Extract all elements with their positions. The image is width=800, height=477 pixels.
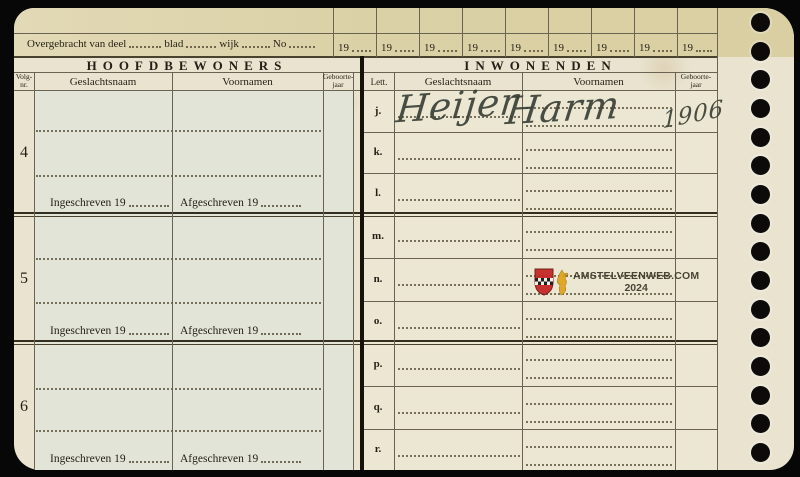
dotted-leader (129, 330, 169, 335)
header-volgnr: Volg- nr. (14, 73, 34, 89)
year-cell-label: 19 (553, 42, 564, 54)
letter-label: j. (366, 105, 390, 117)
section-title-inwonenden: INWONENDEN (364, 58, 717, 74)
section-title-hoofdbewoners: HOOFDBEWONERS (14, 58, 360, 74)
dotted-rule (526, 208, 672, 210)
transfer-label-deel: Overgebracht van deel (27, 38, 126, 50)
dotted-rule (36, 175, 321, 177)
grid-line (364, 173, 717, 174)
dotted-leader (481, 47, 500, 52)
letter-label: l. (366, 187, 390, 199)
ingeschreven-text: Ingeschreven 19 (50, 453, 126, 465)
dotted-leader (129, 458, 169, 463)
dotted-leader (567, 47, 586, 52)
watermark: AMSTELVEENWEB.COM 2024 (534, 268, 699, 296)
ingeschreven-text: Ingeschreven 19 (50, 197, 126, 209)
letter-label: r. (366, 443, 390, 455)
dotted-leader (395, 47, 414, 52)
afgeschreven-label: Afgeschreven 19 (180, 453, 304, 465)
ingeschreven-label: Ingeschreven 19 (50, 197, 172, 209)
dotted-rule (398, 158, 520, 160)
dotted-rule (526, 318, 672, 320)
dotted-rule (526, 336, 672, 338)
dotted-rule (36, 430, 321, 432)
ingeschreven-label: Ingeschreven 19 (50, 325, 172, 337)
year-cell: 19 (548, 37, 591, 54)
header-geboortejaar-left-line2: jaar (323, 81, 353, 89)
dotted-rule (36, 302, 321, 304)
transfer-row: Overgebracht van deel blad wijk No (27, 38, 331, 50)
dotted-rule (526, 421, 672, 423)
binder-hole (751, 156, 770, 175)
year-cell-label: 19 (596, 42, 607, 54)
grid-line (353, 72, 354, 470)
afgeschreven-text: Afgeschreven 19 (180, 197, 258, 209)
afgeschreven-label: Afgeschreven 19 (180, 325, 304, 337)
header-geboortejaar-left: Geboorte- jaar (323, 73, 353, 89)
transfer-label-no: No (273, 38, 286, 50)
transfer-label-wijk: wijk (219, 38, 239, 50)
binder-hole (751, 328, 770, 347)
year-cell: 19 (419, 37, 462, 54)
header-geboortejaar-right: Geboorte- jaar (675, 73, 717, 89)
year-cell-label: 19 (510, 42, 521, 54)
letter-label: k. (366, 146, 390, 158)
watermark-text: AMSTELVEENWEB.COM 2024 (573, 270, 699, 294)
dotted-leader (129, 202, 169, 207)
year-cell-label: 19 (381, 42, 392, 54)
year-cell: 19 (634, 37, 677, 54)
watermark-site: AMSTELVEENWEB.COM (573, 270, 699, 282)
dotted-rule (526, 167, 672, 169)
ingeschreven-label: Ingeschreven 19 (50, 453, 172, 465)
binder-hole (751, 185, 770, 204)
dotted-leader (438, 47, 457, 52)
grid-line (717, 8, 718, 470)
dotted-rule (398, 368, 520, 370)
row-number: 5 (14, 270, 34, 288)
section-divider-bar (360, 56, 364, 470)
header-voornamen-left: Voornamen (172, 76, 323, 88)
dotted-rule (398, 327, 520, 329)
binder-hole (751, 443, 770, 462)
letter-label: m. (366, 230, 390, 242)
year-cell-label: 19 (338, 42, 349, 54)
register-card: Overgebracht van deel blad wijk No 19 19… (14, 8, 794, 470)
header-geslachtsnaam-left: Geslachtsnaam (34, 76, 172, 88)
dotted-rule (526, 149, 672, 151)
watermark-year: 2024 (573, 282, 699, 294)
row-number: 6 (14, 398, 34, 416)
dotted-rule (36, 130, 321, 132)
dotted-rule (398, 412, 520, 414)
watermark-shield-icon (534, 268, 554, 296)
letter-label: o. (366, 315, 390, 327)
letter-label: n. (366, 273, 390, 285)
dotted-rule (398, 199, 520, 201)
binder-hole (751, 42, 770, 61)
year-cell: 19 (376, 37, 419, 54)
afgeschreven-text: Afgeschreven 19 (180, 453, 258, 465)
grid-line (364, 301, 717, 302)
grid-line (323, 72, 324, 470)
dotted-leader (653, 47, 672, 52)
grid-line (364, 386, 717, 387)
grid-double-line (14, 340, 717, 345)
dotted-rule (36, 388, 321, 390)
binder-hole (751, 70, 770, 89)
dotted-rule (398, 455, 520, 457)
dotted-leader (261, 202, 301, 207)
left-table-cells-background (34, 90, 353, 470)
dotted-rule (526, 464, 672, 466)
dotted-leader (261, 330, 301, 335)
header-geboortejaar-right-line2: jaar (675, 81, 717, 89)
grid-line (394, 72, 395, 470)
dotted-leader (129, 43, 161, 48)
dotted-rule (526, 359, 672, 361)
binder-hole (751, 214, 770, 233)
dotted-rule (398, 284, 520, 286)
header-lett: Lett. (364, 77, 394, 87)
grid-line (364, 429, 717, 430)
dotted-leader (186, 43, 216, 48)
dotted-rule (526, 446, 672, 448)
afgeschreven-label: Afgeschreven 19 (180, 197, 304, 209)
dotted-leader (242, 43, 270, 48)
dotted-rule (526, 403, 672, 405)
binder-hole (751, 13, 770, 32)
dotted-rule (526, 190, 672, 192)
row-number: 4 (14, 144, 34, 162)
year-cell: 19 (591, 37, 634, 54)
grid-line (34, 72, 35, 470)
year-cell: 19 (462, 37, 505, 54)
header-volgnr-line2: nr. (14, 81, 34, 89)
grid-line (14, 33, 717, 34)
binder-hole (751, 386, 770, 405)
year-cell: 19 (333, 37, 376, 54)
scan-background: { "transfer_row": { "part1": "Overgebrac… (0, 0, 800, 477)
watermark-lion-icon (554, 268, 569, 296)
letter-label: p. (366, 358, 390, 370)
binder-hole (751, 99, 770, 118)
dotted-leader (524, 47, 543, 52)
binder-hole (751, 300, 770, 319)
dotted-leader (261, 458, 301, 463)
dotted-rule (398, 240, 520, 242)
year-cell-label: 19 (639, 42, 650, 54)
dotted-leader (610, 47, 629, 52)
year-cell-label: 19 (682, 42, 693, 54)
binder-hole (751, 414, 770, 433)
year-cell: 19 (677, 37, 717, 54)
binder-hole (751, 271, 770, 290)
dotted-leader (696, 47, 712, 52)
handwriting-geslachtsnaam: Heijer (394, 79, 521, 131)
year-cell-label: 19 (467, 42, 478, 54)
ingeschreven-text: Ingeschreven 19 (50, 325, 126, 337)
handwriting-voornamen: Harm (503, 83, 622, 133)
dotted-rule (526, 231, 672, 233)
transfer-label-blad: blad (164, 38, 183, 50)
binder-hole (751, 128, 770, 147)
letter-label: q. (366, 401, 390, 413)
dotted-rule (36, 258, 321, 260)
dotted-rule (526, 377, 672, 379)
dotted-leader (352, 47, 371, 52)
afgeschreven-text: Afgeschreven 19 (180, 325, 258, 337)
binder-hole (751, 242, 770, 261)
binder-hole (751, 357, 770, 376)
dotted-leader (289, 43, 315, 48)
dotted-rule (526, 249, 672, 251)
year-cell-label: 19 (424, 42, 435, 54)
grid-double-line (14, 212, 717, 217)
grid-line (364, 258, 717, 259)
year-cell: 19 (505, 37, 548, 54)
